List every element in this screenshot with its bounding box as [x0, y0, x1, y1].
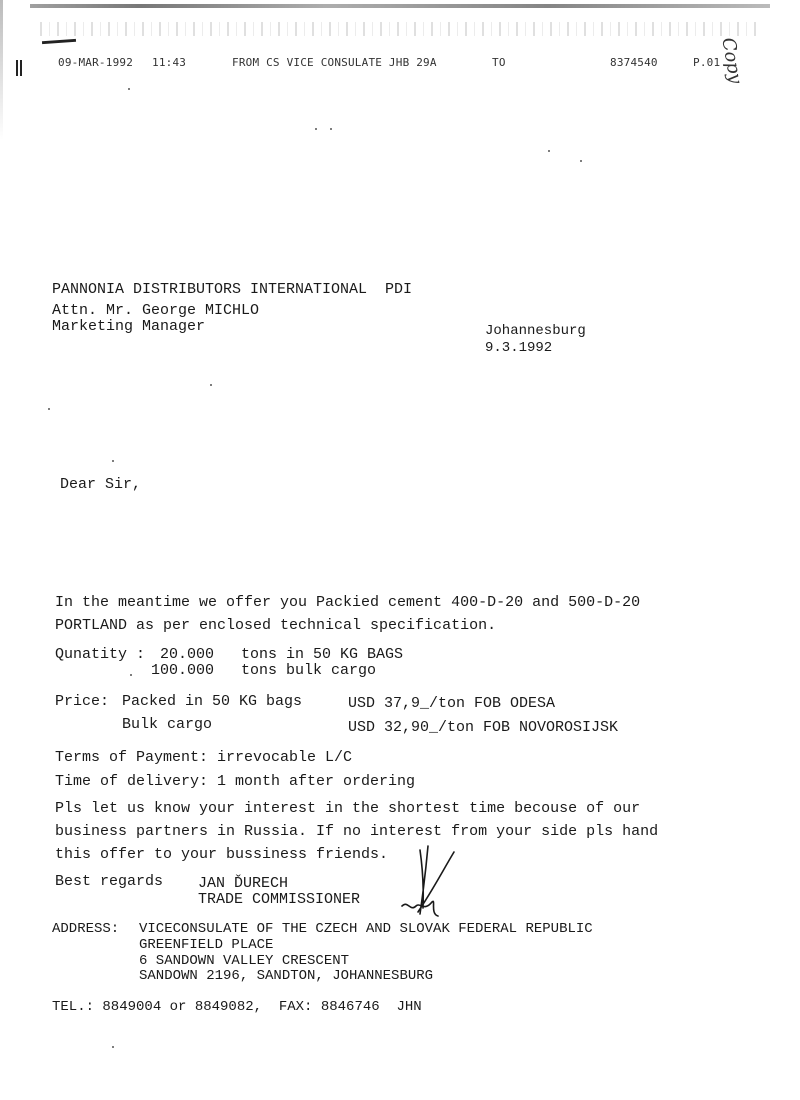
fax-number: 8374540 — [610, 56, 658, 69]
price-item: Packed in 50 KG bags — [122, 693, 302, 710]
quantity-amount: 100.000 — [151, 662, 214, 679]
fax-time: 11:43 — [152, 56, 186, 69]
handwritten-copy-annotation: Copy — [717, 36, 746, 85]
recipient-company: PANNONIA DISTRIBUTORS INTERNATIONAL PDI — [52, 281, 412, 298]
price-item: Bulk cargo — [122, 716, 212, 733]
fax-from: FROM CS VICE CONSULATE JHB 29A — [232, 56, 437, 69]
scan-speck — [48, 408, 50, 410]
closing-line-2: business partners in Russia. If no inter… — [55, 823, 658, 840]
quantity-amount: 20.000 — [160, 646, 214, 663]
page-edge-shadow — [0, 0, 3, 140]
scan-speck — [580, 160, 582, 162]
address-line: VICECONSULATE OF THE CZECH AND SLOVAK FE… — [139, 921, 593, 938]
fax-page: P.01 — [693, 56, 720, 69]
terms-of-payment: Terms of Payment: irrevocable L/C — [55, 749, 352, 766]
body-intro-line-1: In the meantime we offer you Packied cem… — [55, 594, 640, 611]
address-line: SANDOWN 2196, SANDTON, JOHANNESBURG — [139, 968, 433, 985]
signoff-greeting: Best regards — [55, 873, 163, 890]
place: Johannesburg — [485, 323, 586, 340]
scan-speck — [128, 88, 130, 90]
fax-transmission-noise — [40, 22, 760, 36]
closing-line-3: this offer to your bussiness friends. — [55, 846, 388, 863]
scan-speck — [210, 384, 212, 386]
body-intro-line-2: PORTLAND as per enclosed technical speci… — [55, 617, 496, 634]
page-top-edge — [30, 4, 770, 8]
recipient-title: Marketing Manager — [52, 318, 205, 335]
price-value: USD 32,90_/ton FOB NOVOROSIJSK — [348, 719, 618, 736]
scan-speck — [548, 150, 550, 152]
quantity-desc: tons bulk cargo — [241, 662, 376, 679]
scan-speck — [330, 128, 332, 130]
fax-margin-mark — [16, 60, 22, 76]
handwritten-signature — [394, 842, 464, 920]
scan-speck — [112, 460, 114, 462]
scan-speck — [112, 1046, 114, 1048]
contact-numbers: TEL.: 8849004 or 8849082, FAX: 8846746 J… — [52, 999, 422, 1016]
fax-to: TO — [492, 56, 506, 69]
fax-date: 09-MAR-1992 — [58, 56, 133, 69]
scan-speck — [130, 674, 132, 676]
quantity-desc: tons in 50 KG BAGS — [241, 646, 403, 663]
price-label: Price: — [55, 693, 109, 710]
salutation: Dear Sir, — [60, 476, 141, 493]
price-value: USD 37,9_/ton FOB ODESA — [348, 695, 555, 712]
quantity-label: Qunatity : — [55, 646, 145, 663]
address-line: GREENFIELD PLACE — [139, 937, 273, 954]
letter-date: 9.3.1992 — [485, 340, 552, 357]
time-of-delivery: Time of delivery: 1 month after ordering — [55, 773, 415, 790]
closing-line-1: Pls let us know your interest in the sho… — [55, 800, 640, 817]
fax-mark — [42, 39, 76, 44]
scan-speck — [315, 128, 317, 130]
signatory-name: JAN ĎURECH — [198, 875, 288, 892]
recipient-attention: Attn. Mr. George MICHLO — [52, 302, 259, 319]
signatory-title: TRADE COMMISSIONER — [198, 891, 360, 908]
address-label: ADDRESS: — [52, 921, 119, 938]
